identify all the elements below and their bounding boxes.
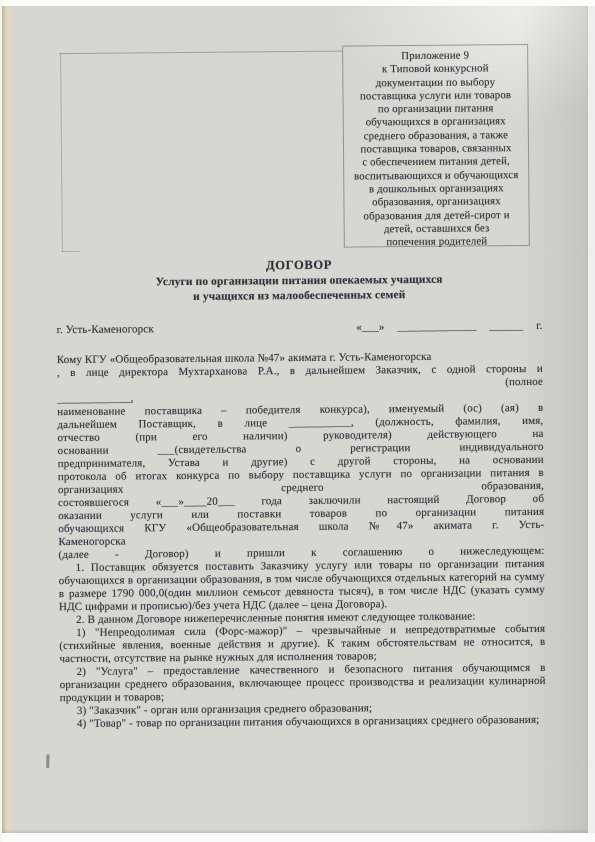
annex-note-line: образования для детей-сирот и — [345, 209, 529, 224]
preamble: Кому КГУ «Общеобразовательная школа №47»… — [57, 350, 545, 562]
city-label: г. Усть-Каменогорск — [57, 323, 154, 336]
date-day-blank: «___» — [356, 321, 384, 333]
contract-title-block: ДОГОВОР Услуги по организации питания оп… — [56, 255, 542, 305]
scanned-contract-page: Приложение 9к Типовой конкурснойдокумент… — [0, 0, 595, 842]
annex-note-line: попечения родителей — [345, 235, 529, 250]
annex-note-line: поставщика услуги или товаров — [343, 89, 527, 104]
annex-note-box: Приложение 9к Типовой конкурснойдокумент… — [342, 44, 530, 248]
annex-frame-left-line — [60, 53, 63, 252]
annex-note-line: обучающихся в организациях — [344, 115, 528, 130]
date-blank-group: «___» ______________ ______ г. — [346, 320, 542, 334]
annex-note-line: с обеспечением питания детей, — [344, 155, 528, 170]
date-month-blank: ______________ — [397, 320, 476, 333]
clause-paragraph: 2) "Услуга" – предоставление качественно… — [59, 662, 545, 705]
annex-frame-bottom-tick — [62, 251, 80, 252]
city-date-row: г. Усть-Каменогорск «___» ______________… — [57, 320, 543, 336]
scan-artifact-mark — [46, 754, 49, 768]
clause-paragraph: 1. Поставщик обязуется поставить Заказчи… — [59, 558, 545, 614]
page-content: Приложение 9к Типовой конкурснойдокумент… — [0, 0, 595, 842]
clauses: 1. Поставщик обязуется поставить Заказчи… — [59, 558, 546, 731]
date-year-suffix: г. — [536, 320, 542, 332]
date-year-blank: ______ — [489, 320, 523, 332]
annex-frame-top-line — [59, 51, 342, 54]
clause-paragraph: 1) "Непреодолимая сила (Форс-мажор)" – ч… — [59, 623, 545, 666]
annex-note-line: в дошкольных организациях — [344, 182, 528, 197]
contract-subtitle-line2: и учащихся из малообеспеченных семей — [56, 286, 542, 305]
contract-body: Кому КГУ «Общеобразовательная школа №47»… — [57, 350, 546, 731]
